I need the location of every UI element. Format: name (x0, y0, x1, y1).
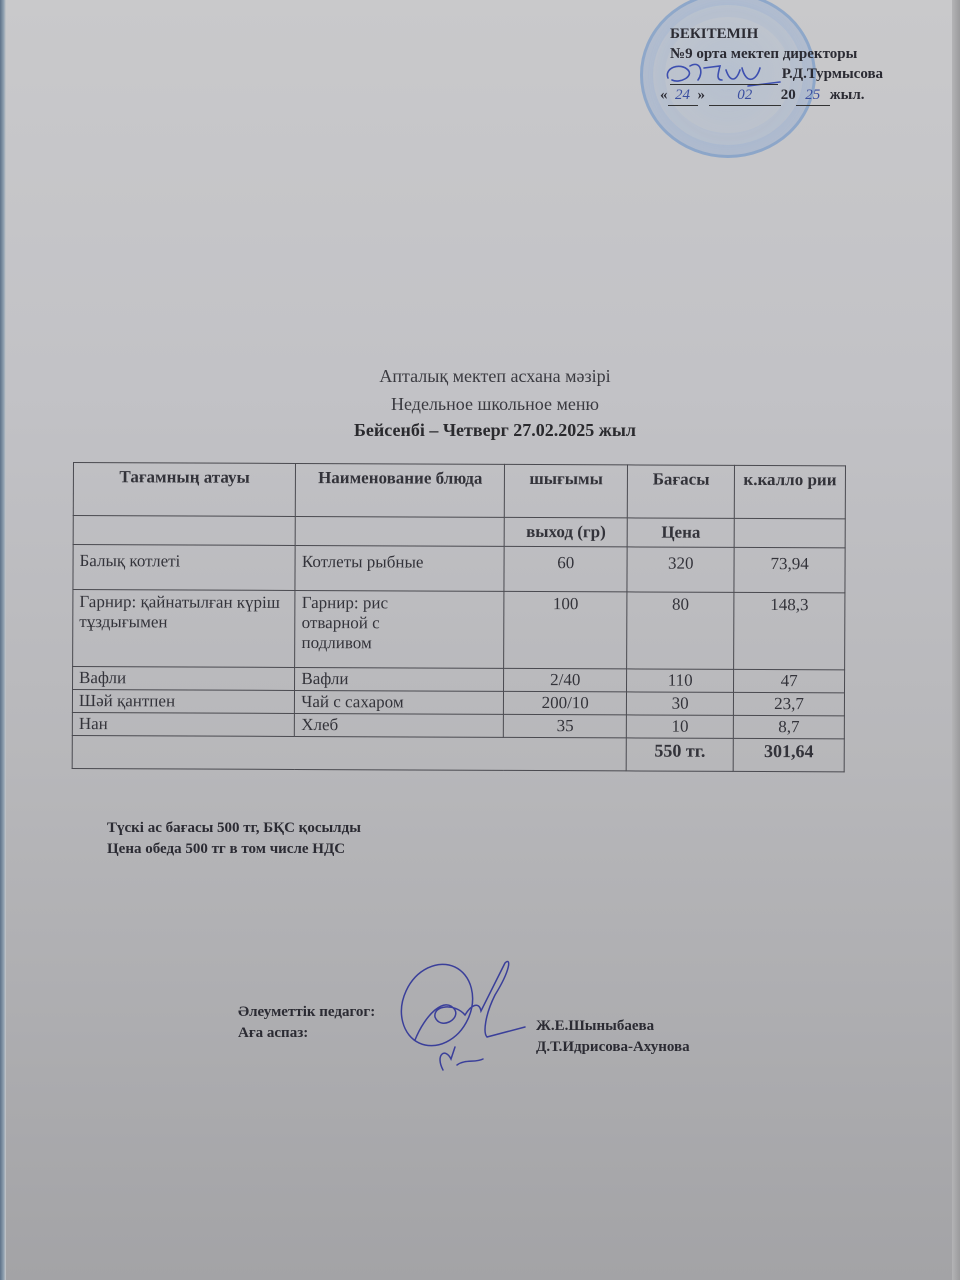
price-notes: Түскі ас бағасы 500 тг, БҚС қосылды Цена… (107, 818, 361, 860)
name-head-cook: Д.Т.Идрисова-Ахунова (536, 1037, 690, 1058)
cell-name-ru: Котлеты рыбные (295, 545, 504, 591)
cell-yield: 100 (504, 591, 627, 669)
date-year-suffix: 25 (796, 85, 830, 106)
cell-kcal: 23,7 (734, 692, 845, 715)
date-quote-open: « (660, 87, 668, 103)
header-kcal: к.калло рии (734, 465, 845, 518)
heading-date: Бейсенбі – Четверг 27.02.2025 жыл (354, 420, 636, 440)
header-name-ru: Наименование блюда (296, 463, 505, 517)
cell-price: 30 (627, 692, 734, 715)
cell-price: 80 (627, 592, 734, 669)
page-left-edge (0, 0, 6, 1280)
cell-kcal: 73,94 (734, 547, 845, 592)
cell-yield: 60 (504, 546, 627, 592)
heading-ru: Недельное школьное меню (0, 392, 960, 416)
cell-name-ru: Гарнир: рис отварной с подливом (295, 590, 504, 668)
table-row: Вафли Вафли 2/40 110 47 (73, 667, 845, 693)
header-name-kz: Тағамның атауы (73, 463, 296, 517)
cell-name-ru: Хлеб (295, 713, 504, 737)
table-total-row: 550 тг. 301,64 (72, 735, 844, 771)
cell-name-ru: Вафли (295, 667, 504, 691)
cell-yield: 200/10 (504, 691, 627, 715)
date-year-prefix: 20 (781, 87, 796, 103)
cell-name-kz: Гарнир: қайнатылған күріш тұздығымен (73, 590, 296, 668)
note-ru: Цена обеда 500 тг в том числе НДС (107, 839, 361, 860)
subheader-yield: выход (гр) (504, 517, 627, 547)
table-row: Нан Хлеб 35 10 8,7 (72, 712, 844, 738)
signer-roles: Әлеуметтік педагог: Аға аспаз: (238, 1002, 375, 1044)
role-head-cook: Аға аспаз: (238, 1023, 375, 1044)
table-row: Гарнир: қайнатылған күріш тұздығымен Гар… (73, 590, 845, 670)
approval-director-line: Р.Д.Турмысова (670, 64, 883, 85)
cell-price: 110 (627, 669, 734, 692)
cell-name-kz: Шәй қантпен (72, 690, 294, 714)
cell-name-kz: Нан (72, 712, 294, 736)
name-social-pedagogue: Ж.Е.Шыныбаева (536, 1016, 690, 1037)
cell-name-kz: Балық котлеті (73, 545, 296, 591)
total-price: 550 тг. (626, 738, 733, 771)
subheader-empty-5 (734, 518, 845, 547)
approval-title: БЕКІТЕМІН (670, 24, 883, 44)
page-right-edge (952, 0, 960, 1280)
note-kz: Түскі ас бағасы 500 тг, БҚС қосылды (107, 818, 361, 839)
header-yield: шығымы (505, 464, 628, 518)
signature-icon (385, 955, 535, 1075)
heading-date-wrap: Бейсенбі – Четверг 27.02.2025 жыл (0, 418, 960, 442)
approval-block: БЕКІТЕМІН №9 орта мектеп директоры Р.Д.Т… (670, 24, 883, 106)
date-suffix: жыл. (830, 87, 865, 103)
approval-director-name: Р.Д.Турмысова (782, 66, 883, 82)
cell-name-kz: Вафли (73, 667, 295, 691)
date-month: 02 (709, 85, 781, 106)
cell-kcal: 8,7 (733, 715, 844, 738)
total-kcal: 301,64 (733, 738, 844, 771)
table-row: Балық котлеті Котлеты рыбные 60 320 73,9… (73, 545, 845, 593)
director-signature-line (670, 64, 778, 85)
cell-kcal: 47 (734, 669, 845, 692)
approval-position: №9 орта мектеп директоры (670, 44, 883, 64)
role-social-pedagogue: Әлеуметтік педагог: (238, 1002, 375, 1023)
cell-price: 320 (627, 547, 734, 592)
table-subheader-row: выход (гр) Цена (73, 516, 845, 548)
subheader-price: Цена (627, 518, 734, 547)
menu-table: Тағамның атауы Наименование блюда шығымы… (72, 462, 846, 772)
signer-names: Ж.Е.Шыныбаева Д.Т.Идрисова-Ахунова (536, 1016, 690, 1058)
subheader-empty-1 (73, 516, 295, 546)
table-header-row: Тағамның атауы Наименование блюда шығымы… (73, 463, 845, 519)
cell-yield: 35 (504, 714, 627, 738)
signers-block: Әлеуметтік педагог: Аға аспаз: Ж.Е.Шыныб… (238, 1002, 375, 1044)
cell-price: 10 (627, 715, 734, 738)
date-day: 24 (668, 85, 698, 106)
heading-kz: Апталық мектеп асхана мәзірі (0, 364, 960, 388)
cell-yield: 2/40 (504, 668, 627, 692)
total-row-spacer (72, 735, 626, 770)
header-price: Бағасы (627, 465, 734, 518)
date-quote-close: » (698, 87, 706, 103)
subheader-empty-2 (295, 516, 504, 546)
table-row: Шәй қантпен Чай с сахаром 200/10 30 23,7 (72, 690, 844, 716)
cell-kcal: 148,3 (734, 592, 845, 669)
cell-name-ru: Чай с сахаром (295, 690, 504, 714)
approval-date-line: «24» 022025жыл. (660, 85, 883, 106)
